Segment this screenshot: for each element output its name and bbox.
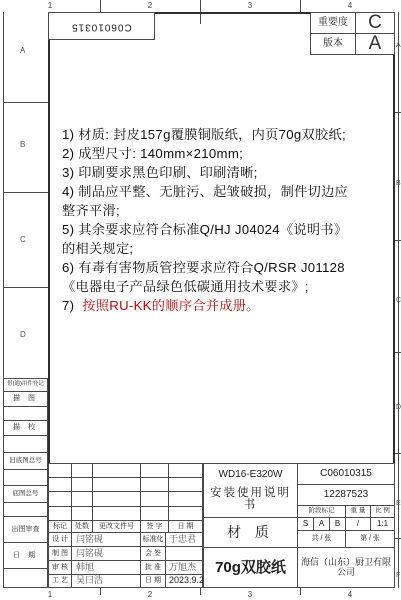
note-line: 3) 印刷要求黑色印刷、印刷清晰;: [62, 162, 394, 181]
importance-label-cell: 重要度: [310, 12, 356, 34]
role-standardization-label: 标准化: [140, 532, 166, 547]
role-design-label: 设 计: [48, 532, 72, 547]
revision-row-cell: [71, 463, 93, 478]
bottom-tick: [200, 588, 201, 595]
role-design-name: 闫铭砚: [71, 532, 141, 547]
revision-row-cell: [92, 463, 141, 478]
margin-box-empty: [3, 469, 48, 486]
role-review-name: 韩旭: [71, 560, 141, 575]
bottom-zone-number-4: 4: [348, 590, 352, 599]
inverted-doc-code: C06010315: [71, 21, 132, 32]
margin-box-tracing: 描 图: [3, 391, 48, 407]
revision-row-cell: [140, 463, 169, 478]
document-title: 安装使用说明书: [204, 487, 297, 511]
revision-row-cell: [140, 477, 169, 492]
stage-mark-b: B: [329, 517, 346, 531]
revision-row-cell: [71, 491, 93, 507]
left-zone-tick: [3, 287, 48, 288]
specification-notes: 1) 材质: 封皮157g覆膜铜版纸，内页70g双胶纸; 2) 成型尺寸: 14…: [62, 124, 394, 314]
right-zone-letter-b: B: [396, 180, 401, 187]
note-line-red: 7) 按照RU-KK的顺序合并成册。: [62, 295, 394, 314]
product-name-box: WD16-E320W 安装使用说明书: [203, 463, 298, 518]
right-zone-tick: [395, 112, 401, 113]
note-7-number: 7): [62, 298, 74, 313]
revision-row-cell: [48, 477, 72, 492]
note-line: 的相关规定;: [62, 238, 394, 257]
note-line: 1) 材质: 封皮157g覆膜铜版纸，内页70g双胶纸;: [62, 124, 394, 143]
top-zone-number-2: 2: [148, 1, 152, 10]
bottom-tick: [100, 588, 101, 595]
sheet-number-cell: 第 / 张: [345, 530, 395, 548]
role-countersign-name: [165, 546, 203, 561]
revision-row-cell: [168, 477, 203, 492]
margin-box-empty: [3, 435, 48, 453]
left-zone-letter-c: C: [20, 235, 26, 244]
material-label-box: 材 质: [203, 517, 298, 548]
bottom-zone-number-3: 3: [248, 590, 252, 599]
margin-box-master-no: 底图总号: [3, 485, 48, 503]
note-line: 《电器电子产品绿色低碳通用技术要求》;: [62, 276, 394, 295]
inverted-doc-code-box: C06010315: [48, 12, 155, 40]
right-zone-tick: [395, 352, 401, 353]
date-value: 2023.9.28: [165, 574, 203, 588]
note-line: 6) 有毒有害物质管控要求应符合Q/RSR J01128: [62, 257, 394, 276]
top-tick: [100, 0, 101, 12]
revision-row-cell: [48, 506, 72, 521]
role-review-label: 审 核: [48, 560, 72, 575]
revision-row-cell: [48, 463, 72, 478]
top-tick: [300, 0, 301, 12]
right-zone-letter-e: E: [396, 500, 401, 507]
role-draft-label: 制 图: [48, 546, 72, 561]
product-model: WD16-E320W: [219, 470, 283, 481]
top-zone-number-3: 3: [248, 1, 252, 10]
revision-row-cell: [168, 491, 203, 507]
role-countersign-label: 会 签: [140, 546, 166, 561]
note-line: 整齐平滑;: [62, 200, 394, 219]
note-line: 5) 其余要求应符合标准Q/HJ J04024《说明书》: [62, 219, 394, 238]
left-zone-tick: [3, 192, 48, 193]
drawing-sheet: 1 2 3 4 A B C D A B C D E F 1 2 3 4 C060…: [0, 0, 401, 600]
note-7-text: 按照RU-KK的顺序合并成册。: [82, 298, 259, 313]
role-approve-name: 万旭杰: [165, 560, 203, 575]
right-zone-tick: [395, 538, 401, 539]
drawing-code-box: C06010315: [297, 463, 395, 485]
margin-box-empty: [3, 502, 48, 517]
right-zone-letter-c: C: [396, 297, 401, 304]
right-zone-letter-d: D: [396, 404, 401, 411]
top-zone-number-1: 1: [48, 1, 52, 10]
bottom-tick: [300, 588, 301, 595]
margin-box-release-review: 出图审查: [3, 516, 48, 543]
company-name-box: 海信（山东）厨卫有限公司: [297, 547, 395, 588]
revision-row-cell: [92, 506, 141, 521]
role-standardization-name: 于忠君: [165, 532, 203, 547]
top-zone-number-4: 4: [348, 1, 352, 10]
margin-box-empty: [3, 406, 48, 421]
note-line: 4) 制品应平整、无脏污、起皱破损，制件切边应: [62, 181, 394, 200]
revision-row-cell: [140, 506, 169, 521]
scale-value: 1:1: [370, 517, 395, 531]
part-number-box: 12287523: [297, 484, 395, 506]
right-zone-letter-a: A: [396, 42, 401, 49]
right-zone-tick: [395, 453, 401, 454]
stage-mark-s: S: [297, 517, 314, 531]
importance-value-cell: C: [355, 12, 395, 34]
revision-row-cell: [92, 477, 141, 492]
stage-mark-a: A: [313, 517, 330, 531]
material-value-box: 70g双胶纸: [203, 547, 298, 588]
revision-row-cell: [71, 477, 93, 492]
role-process-name: 吴曰浩: [71, 574, 141, 588]
margin-box-old-master-no: 旧底图总号: [3, 452, 48, 470]
role-process-label: 工 艺: [48, 574, 72, 588]
margin-box-date: 日 期: [3, 542, 48, 569]
margin-box-tracing-check: 描 校: [3, 420, 48, 436]
role-draft-name: 闫铭砚: [71, 546, 141, 561]
date-label: 日 期: [140, 574, 166, 588]
left-zone-tick: [3, 102, 48, 103]
weight-value: /: [345, 517, 371, 531]
role-approve-label: 批 准: [140, 560, 166, 575]
revision-row-cell: [92, 491, 141, 507]
revision-row-cell: [140, 491, 169, 507]
margin-box-empty: [3, 568, 48, 588]
version-value-cell: A: [355, 33, 395, 55]
revision-row-cell: [71, 506, 93, 521]
margin-box-borrowed-parts: 借(通)用件登记: [3, 378, 48, 392]
left-zone-letter-d: D: [20, 330, 26, 339]
right-zone-letter-f: F: [396, 572, 400, 579]
revision-row-cell: [48, 491, 72, 507]
sheets-total-cell: 共 / 张: [297, 530, 346, 548]
left-zone-letter-b: B: [20, 140, 25, 149]
bottom-zone-number-2: 2: [148, 590, 152, 599]
note-line: 2) 成型尺寸: 140mm×210mm;: [62, 143, 394, 162]
revision-row-cell: [168, 506, 203, 521]
version-label-cell: 版本: [310, 33, 356, 55]
right-zone-tick: [395, 240, 401, 241]
left-zone-letter-a: A: [20, 46, 25, 55]
revision-row-cell: [168, 463, 203, 478]
bottom-zone-number-1: 1: [48, 590, 52, 599]
